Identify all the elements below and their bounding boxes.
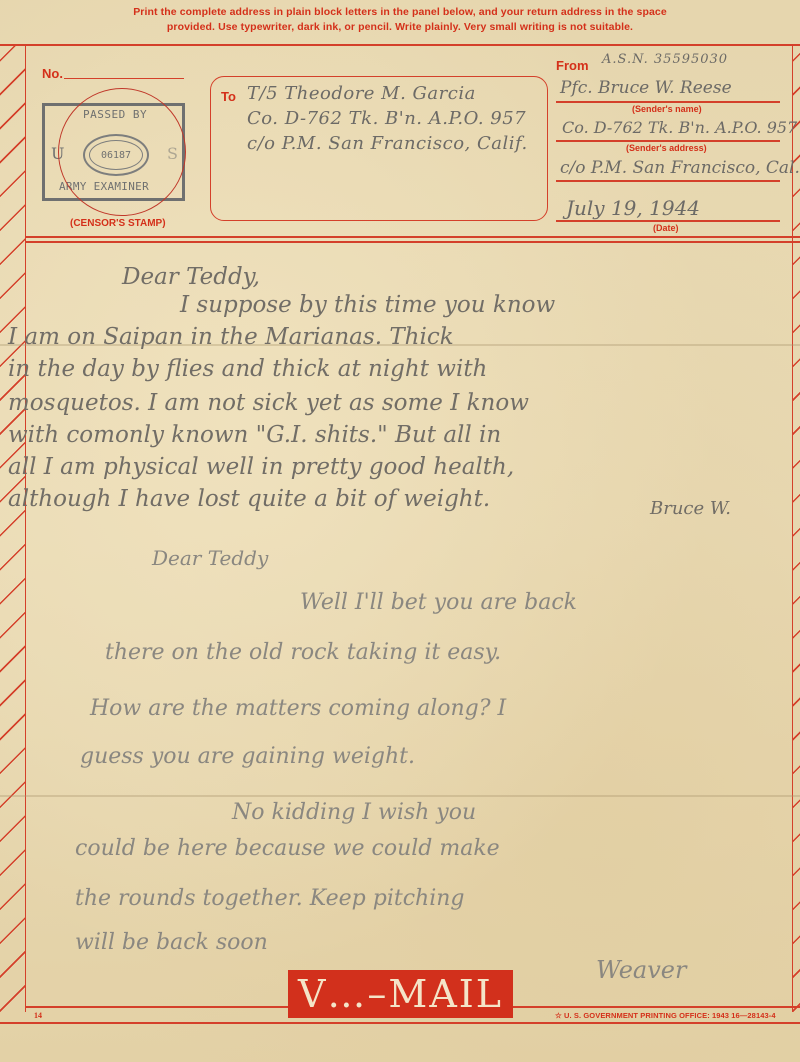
censor-stamp-label: (CENSOR'S STAMP) (70, 218, 166, 229)
footer-line-left (26, 1006, 288, 1008)
letter-1-line: mosquetos. I am not sick yet as some I k… (8, 390, 529, 416)
letter-2-line: Well I'll bet you are back (300, 590, 577, 615)
letter-2-line: could be here because we could make (75, 836, 500, 861)
letter-1-line: I am on Saipan in the Marianas. Thick (8, 324, 454, 350)
letter-2-line: No kidding I wish you (232, 800, 476, 825)
letter-2-line: guess you are gaining weight. (80, 744, 415, 769)
letter-2-line: the rounds together. Keep pitching (75, 886, 465, 911)
form-number: 14 (34, 1011, 42, 1020)
letter-1-line: with comonly known "G.I. shits." But all… (8, 422, 501, 448)
from-label: From (556, 58, 589, 73)
stamp-circle-outline (58, 88, 186, 216)
recipient-name: T/5 Theodore M. Garcia (247, 83, 476, 104)
bottom-border-line (0, 1022, 800, 1024)
letter-1-salutation: Dear Teddy, (122, 264, 260, 290)
left-hatched-border (0, 44, 26, 1012)
letter-2-salutation: Dear Teddy (152, 546, 268, 570)
sender-address-2-line (556, 180, 780, 182)
letter-2-line: there on the old rock taking it easy. (105, 640, 501, 665)
sender-address: Co. D-762 Tk. B'n. A.P.O. 957 (562, 118, 797, 137)
sender-address-caption: (Sender's address) (626, 143, 707, 153)
header-divider-line-2 (26, 241, 800, 243)
sender-name-caption: (Sender's name) (632, 104, 702, 114)
header-divider-line (26, 236, 800, 238)
instructions-line-2: provided. Use typewriter, dark ink, or p… (90, 20, 710, 35)
number-label: No. (42, 66, 63, 81)
right-hatched-border (792, 44, 800, 1012)
recipient-address-panel: To T/5 Theodore M. Garcia Co. D-762 Tk. … (210, 76, 548, 221)
letter-1-signature: Bruce W. (650, 498, 731, 519)
sender-name-line (556, 101, 780, 103)
footer-line-right (513, 1006, 800, 1008)
letter-1-line: all I am physical well in pretty good he… (8, 454, 514, 480)
letter-1-line: I suppose by this time you know (180, 292, 555, 318)
form-instructions: Print the complete address in plain bloc… (90, 5, 710, 35)
instructions-line-1: Print the complete address in plain bloc… (90, 5, 710, 20)
recipient-unit: Co. D-762 Tk. B'n. A.P.O. 957 (247, 108, 526, 129)
top-border-line (0, 44, 800, 46)
recipient-city: c/o P.M. San Francisco, Calif. (247, 133, 528, 154)
date-caption: (Date) (653, 223, 679, 233)
printing-office-credit: ☆ U. S. GOVERNMENT PRINTING OFFICE: 1943… (555, 1011, 776, 1020)
letter-1-line: although I have lost quite a bit of weig… (8, 486, 490, 512)
letter-2-line: will be back soon (75, 930, 268, 955)
letter-2-line: How are the matters coming along? I (90, 696, 506, 721)
paper-fold (0, 795, 800, 797)
sender-asn: A.S.N. 35595030 (602, 52, 728, 67)
sender-name: Pfc. Bruce W. Reese (560, 78, 732, 98)
letter-date: July 19, 1944 (566, 196, 700, 220)
to-label: To (221, 89, 236, 104)
number-field-line (64, 78, 184, 79)
sender-address-2: c/o P.M. San Francisco, Cal. (560, 158, 800, 178)
letter-2-signature: Weaver (596, 956, 686, 984)
letter-1-line: in the day by flies and thick at night w… (8, 356, 487, 382)
v-mail-banner: V…–MAIL (288, 970, 513, 1018)
sender-address-line (556, 140, 780, 142)
date-line (556, 220, 780, 222)
